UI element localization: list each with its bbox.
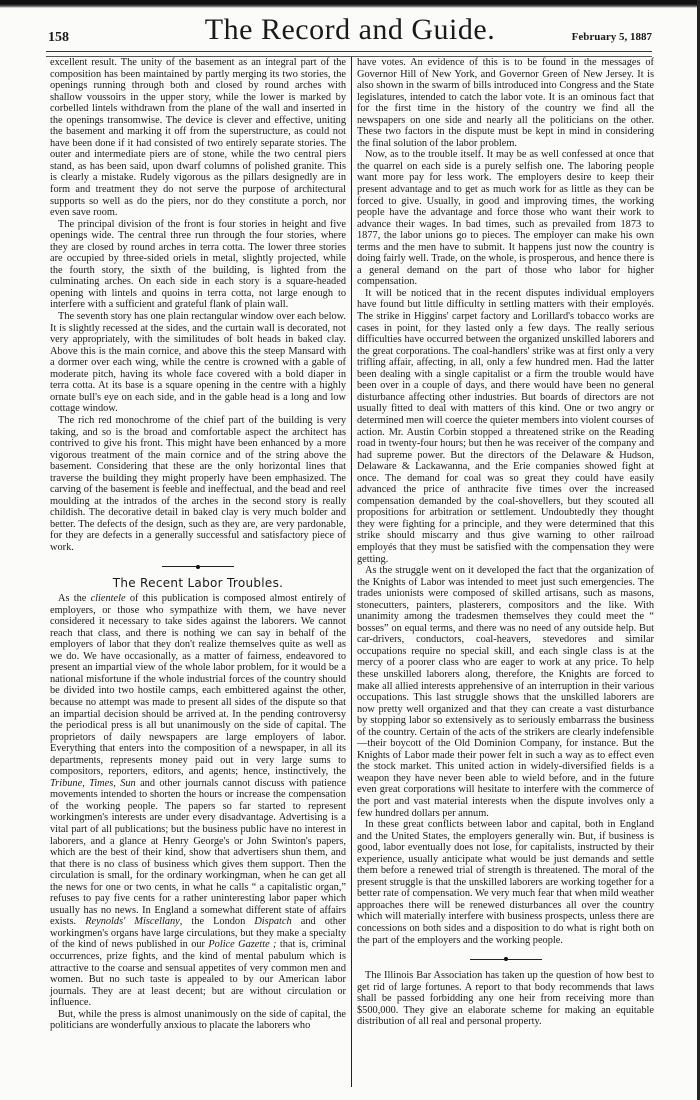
article-heading: The Recent Labor Troubles.	[50, 578, 346, 590]
right-column: have votes. An evidence of this is to be…	[357, 57, 654, 1028]
paragraph: The rich red monochrome of the chief par…	[50, 415, 346, 554]
section-ornament	[50, 558, 346, 576]
article-paragraph: As the clientele of this publication is …	[50, 593, 346, 1009]
paragraph: The principal division of the front is f…	[50, 219, 346, 311]
paragraph: The seventh story has one plain rectangu…	[50, 311, 346, 415]
paragraph: The Illinois Bar Association has taken u…	[357, 970, 654, 1028]
paragraph: It will be noticed that in the recent di…	[357, 288, 654, 565]
paragraph: In these great conflicts between labor a…	[357, 819, 654, 946]
left-column: excellent result. The unity of the basem…	[50, 57, 346, 1032]
column-divider	[351, 57, 352, 1087]
paragraph: have votes. An evidence of this is to be…	[357, 57, 654, 149]
paragraph: Now, as to the trouble itself. It may be…	[357, 149, 654, 288]
paragraph: excellent result. The unity of the basem…	[50, 57, 346, 219]
page-header: 158 The Record and Guide. February 5, 18…	[0, 0, 700, 50]
paragraph: As the struggle went on it developed the…	[357, 565, 654, 819]
section-ornament	[357, 950, 654, 968]
paragraph: But, while the press is almost unanimous…	[50, 1009, 346, 1032]
issue-date: February 5, 1887	[572, 31, 652, 43]
